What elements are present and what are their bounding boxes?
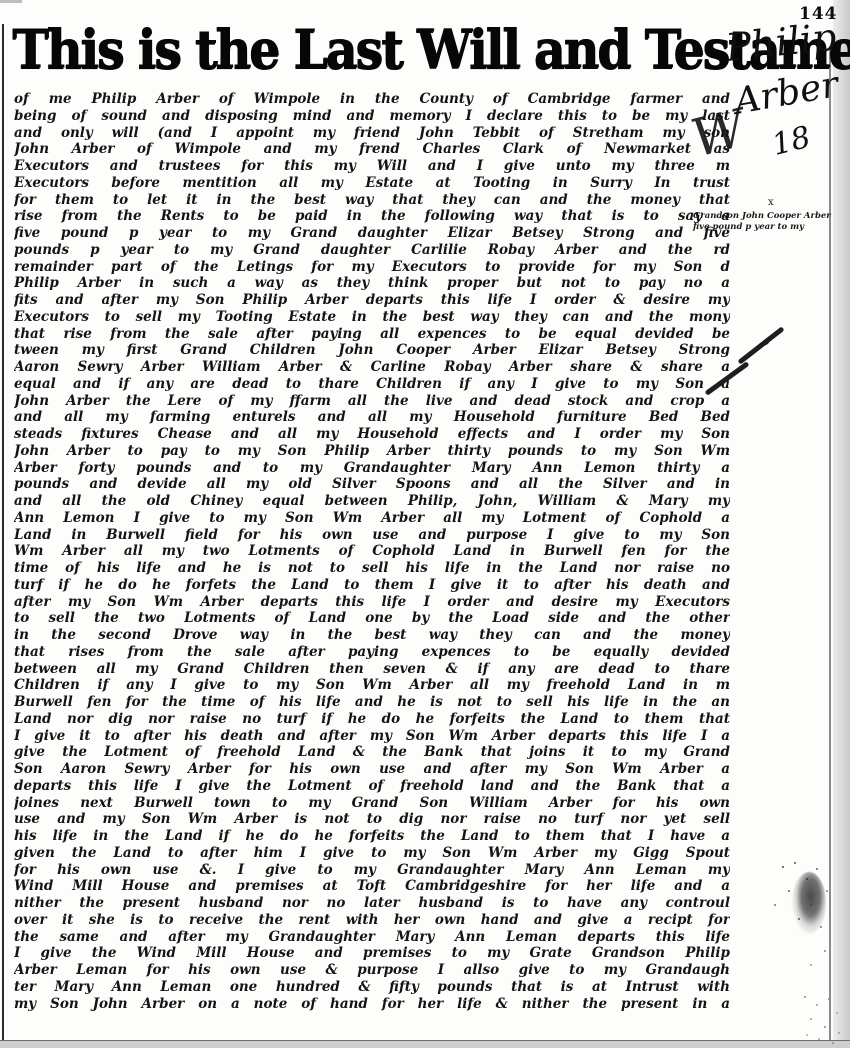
manuscript-line: steads fixtures Chease and all my Househ… (14, 426, 730, 443)
manuscript-line: his life in the Land if he do he forfeit… (14, 828, 730, 845)
page-edge-line-right (829, 48, 831, 1048)
manuscript-line: departs this life I give the Lotment of … (14, 778, 730, 795)
manuscript-line: the same and after my Grandaughter Mary … (14, 929, 730, 946)
manuscript-line: in the second Drove way in the best way … (14, 627, 730, 644)
manuscript-line: I give the Wind Mill House and premises … (14, 945, 730, 962)
manuscript-line: nither the present husband nor no later … (14, 895, 730, 912)
ink-speckles (780, 860, 782, 862)
pen-stroke-mark (737, 326, 784, 364)
margin-note-mark: x (768, 197, 774, 208)
manuscript-line: and all my farming enturels and all my H… (14, 409, 730, 426)
manuscript-line: rise from the Rents to be paid in the fo… (14, 208, 730, 225)
manuscript-line: Ann Lemon I give to my Son Wm Arber all … (14, 510, 730, 527)
will-body-text: of me Philip Arber of Wimpole in the Cou… (14, 91, 730, 1012)
document-title: This is the Last Will and Testament (12, 18, 724, 81)
manuscript-line: I give it to after his death and after m… (14, 728, 730, 745)
manuscript-line: Burwell fen for the time of his life and… (14, 694, 730, 711)
manuscript-line: tween my first Grand Children John Coope… (14, 342, 730, 359)
manuscript-line: five pound p year to my Grand daughter E… (14, 225, 730, 242)
manuscript-line: Son Aaron Sewry Arber for his own use an… (14, 761, 730, 778)
manuscript-line: Philip Arber in such a way as they think… (14, 275, 730, 292)
manuscript-line: John Arber to pay to my Son Philip Arber… (14, 443, 730, 460)
manuscript-line: John Arber the Lere of my ffarm all the … (14, 393, 730, 410)
manuscript-line: given the Land to after him I give to my… (14, 845, 730, 862)
manuscript-line: Land nor dig nor raise no turf if he do … (14, 711, 730, 728)
manuscript-line: joines next Burwell town to my Grand Son… (14, 795, 730, 812)
manuscript-line: Aaron Sewry Arber William Arber & Carlin… (14, 359, 730, 376)
ink-smudge (792, 872, 826, 934)
manuscript-line: over it she is to receive the rent with … (14, 912, 730, 929)
manuscript-line: Executors to sell my Tooting Estate in t… (14, 309, 730, 326)
ink-speckles (800, 990, 802, 992)
manuscript-line: pounds p year to my Grand daughter Carli… (14, 242, 730, 259)
page-edge-line-left (2, 24, 4, 1042)
manuscript-line: remainder part of the Letings for my Exe… (14, 259, 730, 276)
manuscript-line: Land in Burwell field for his own use an… (14, 527, 730, 544)
manuscript-line: turf if he do he forfets the Land to the… (14, 577, 730, 594)
manuscript-line: for his own use &. I give to my Grandaug… (14, 862, 730, 879)
manuscript-line: John Arber of Wimpole and my frend Charl… (14, 141, 730, 158)
manuscript-line: fits and after my Son Philip Arber depar… (14, 292, 730, 309)
manuscript-line: Arber Leman for his own use & purpose I … (14, 962, 730, 979)
manuscript-line: my Son John Arber on a note of hand for … (14, 996, 730, 1013)
manuscript-line: pounds and devide all my old Silver Spoo… (14, 476, 730, 493)
manuscript-line: that rise from the sale after paying all… (14, 326, 730, 343)
manuscript-line: being of sound and disposing mind and me… (14, 108, 730, 125)
manuscript-line: between all my Grand Children then seven… (14, 661, 730, 678)
manuscript-line: equal and if any are dead to thare Child… (14, 376, 730, 393)
manuscript-line: after my Son Wm Arber departs this life … (14, 594, 730, 611)
scanner-edge-bottom (0, 1041, 850, 1048)
manuscript-line: to sell the two Lotments of Land one by … (14, 610, 730, 627)
manuscript-line: Executors and trustees for this my Will … (14, 158, 730, 175)
manuscript-line: Wm Arber all my two Lotments of Cophold … (14, 543, 730, 560)
manuscript-line: give the Lotment of freehold Land & the … (14, 744, 730, 761)
scanned-will-page: 144 This is the Last Will and Testament … (0, 0, 850, 1048)
manuscript-line: and all the old Chiney equal between Phi… (14, 493, 730, 510)
manuscript-line: Executors before mentition all my Estate… (14, 175, 730, 192)
manuscript-line: Wind Mill House and premises at Toft Cam… (14, 878, 730, 895)
manuscript-line: time of his life and he is not to sell h… (14, 560, 730, 577)
manuscript-line: of me Philip Arber of Wimpole in the Cou… (14, 91, 730, 108)
manuscript-line: Children if any I give to my Son Wm Arbe… (14, 677, 730, 694)
manuscript-line: Arber forty pounds and to my Grandaughte… (14, 460, 730, 477)
manuscript-line: that rises from the sale after paying ex… (14, 644, 730, 661)
manuscript-line: and only will (and I appoint my friend J… (14, 125, 730, 142)
manuscript-line: use and my Son Wm Arber is not to dig no… (14, 811, 730, 828)
manuscript-line: ter Mary Ann Leman one hundred & fifty p… (14, 979, 730, 996)
manuscript-line: for them to let it in the best way that … (14, 192, 730, 209)
scanner-edge-top (0, 0, 22, 3)
